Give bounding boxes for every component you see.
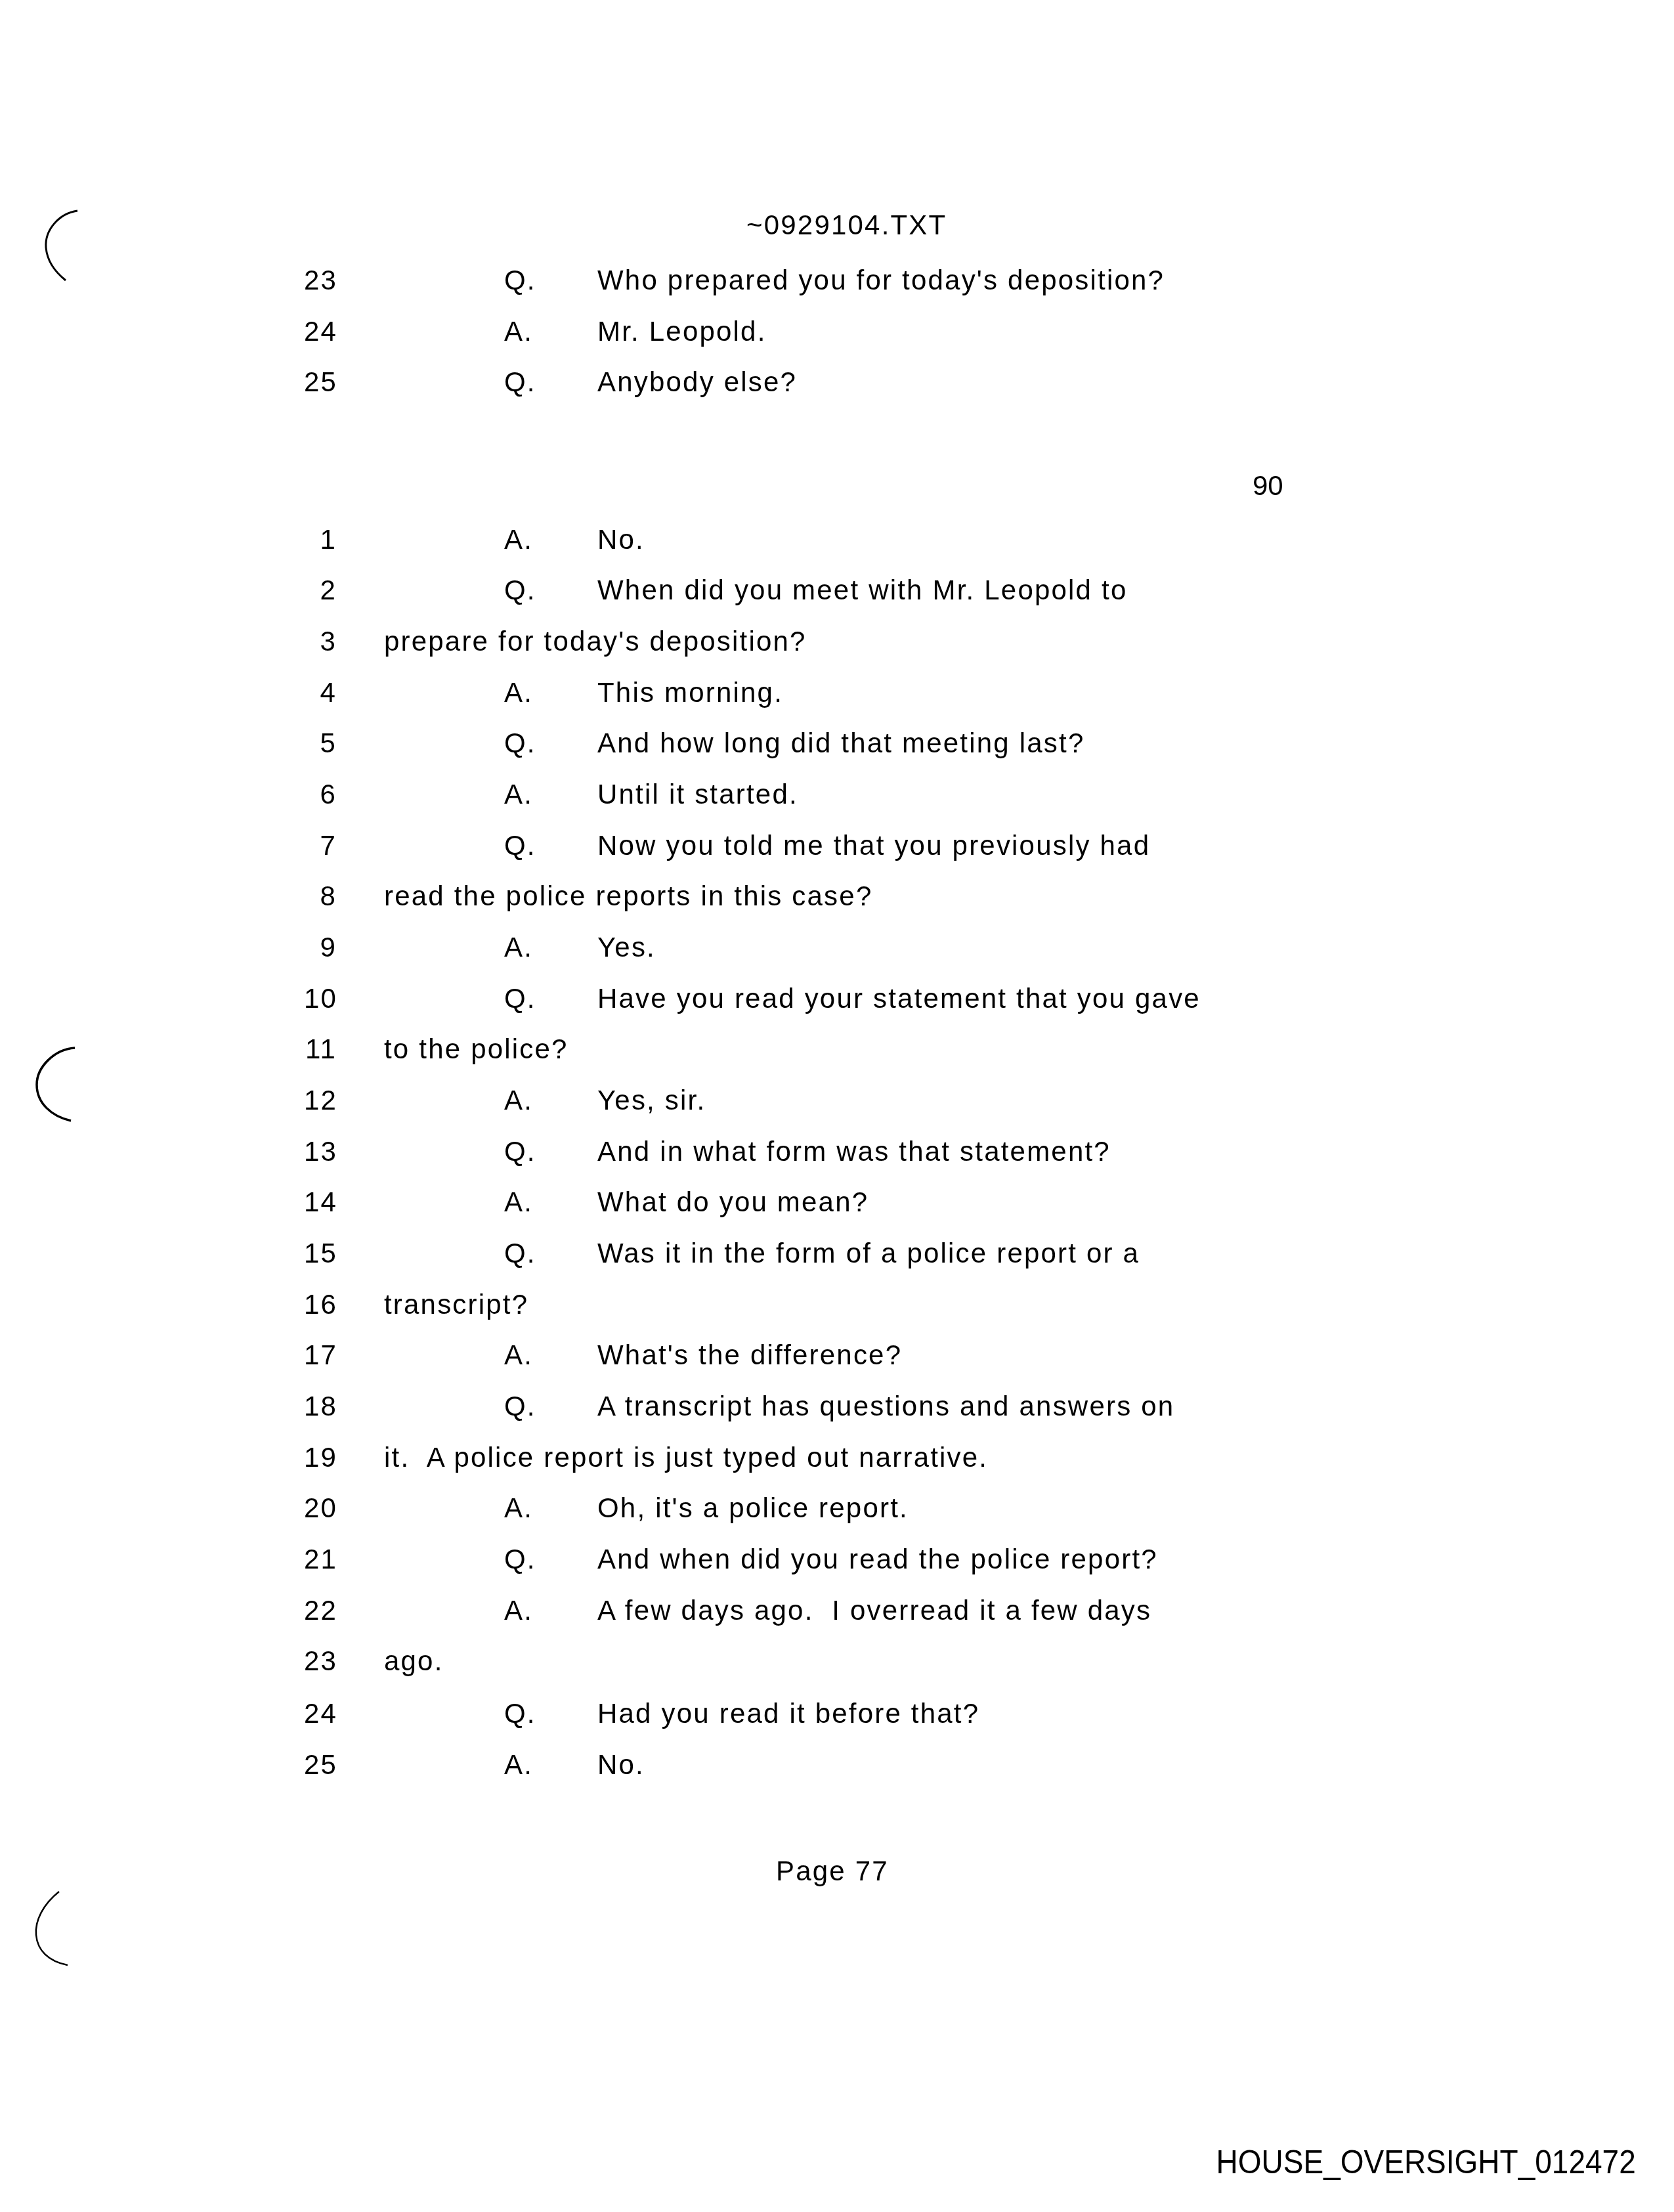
punch-hole-arc-icon bbox=[32, 1888, 77, 1970]
line-text: A transcript has questions and answers o… bbox=[597, 1393, 1174, 1420]
line-text: What's the difference? bbox=[597, 1341, 902, 1369]
line-number: 17 bbox=[304, 1341, 337, 1369]
line-text: Have you read your statement that you ga… bbox=[597, 985, 1201, 1012]
transcript-line: 6 A. Until it started. bbox=[0, 781, 1674, 813]
line-number: 9 bbox=[304, 934, 337, 961]
line-text: Who prepared you for today's deposition? bbox=[597, 267, 1165, 294]
line-text: transcript? bbox=[384, 1291, 528, 1318]
line-text: Mr. Leopold. bbox=[597, 318, 767, 345]
transcript-line: 11 to the police? bbox=[0, 1035, 1674, 1068]
transcript-line: 14 A. What do you mean? bbox=[0, 1188, 1674, 1221]
line-number: 18 bbox=[304, 1393, 337, 1420]
line-number: 20 bbox=[304, 1494, 337, 1522]
speaker-label: Q. bbox=[504, 1138, 536, 1165]
transcript-line: 22 A. A few days ago. I overread it a fe… bbox=[0, 1597, 1674, 1630]
line-number: 24 bbox=[304, 318, 337, 345]
line-text: Oh, it's a police report. bbox=[597, 1494, 909, 1522]
speaker-label: Q. bbox=[504, 985, 536, 1012]
footer-page-label: Page 77 bbox=[776, 1857, 889, 1885]
line-number: 16 bbox=[304, 1291, 337, 1318]
document-page: ~0929104.TXT 23 Q. Who prepared you for … bbox=[0, 0, 1674, 2212]
transcript-line: 20 A. Oh, it's a police report. bbox=[0, 1494, 1674, 1527]
line-text: Until it started. bbox=[597, 781, 798, 808]
line-number: 23 bbox=[304, 267, 337, 294]
line-number: 10 bbox=[304, 985, 337, 1012]
speaker-label: Q. bbox=[504, 576, 536, 604]
line-text: Now you told me that you previously had bbox=[597, 832, 1150, 859]
line-text: And when did you read the police report? bbox=[597, 1546, 1158, 1573]
line-text: This morning. bbox=[597, 679, 783, 706]
speaker-label: A. bbox=[504, 781, 533, 808]
transcript-line: 25 A. No. bbox=[0, 1751, 1674, 1784]
speaker-label: Q. bbox=[504, 1393, 536, 1420]
line-text: read the police reports in this case? bbox=[384, 882, 872, 910]
speaker-label: Q. bbox=[504, 729, 536, 757]
transcript-line: 24 Q. Had you read it before that? bbox=[0, 1700, 1674, 1733]
speaker-label: Q. bbox=[504, 368, 536, 396]
line-number: 8 bbox=[304, 882, 337, 910]
document-header-filename: ~0929104.TXT bbox=[746, 211, 947, 239]
line-number: 3 bbox=[304, 628, 337, 655]
transcript-line: 4 A. This morning. bbox=[0, 679, 1674, 712]
speaker-label: A. bbox=[504, 679, 533, 706]
line-text: No. bbox=[597, 526, 645, 553]
transcript-line: 3 prepare for today's deposition? bbox=[0, 628, 1674, 661]
speaker-label: Q. bbox=[504, 1700, 536, 1727]
line-text: Yes, sir. bbox=[597, 1087, 706, 1114]
line-number: 22 bbox=[304, 1597, 337, 1624]
line-number: 12 bbox=[304, 1087, 337, 1114]
line-text: ago. bbox=[384, 1647, 444, 1675]
line-text: prepare for today's deposition? bbox=[384, 628, 807, 655]
speaker-label: A. bbox=[504, 934, 533, 961]
bates-number: HOUSE_OVERSIGHT_012472 bbox=[1216, 2146, 1636, 2179]
line-number: 25 bbox=[304, 368, 337, 396]
line-number: 13 bbox=[304, 1138, 337, 1165]
transcript-line: 1 A. No. bbox=[0, 526, 1674, 559]
line-number: 21 bbox=[304, 1546, 337, 1573]
line-number: 25 bbox=[304, 1751, 337, 1779]
line-text: And how long did that meeting last? bbox=[597, 729, 1084, 757]
transcript-line: 16 transcript? bbox=[0, 1291, 1674, 1324]
line-number: 15 bbox=[304, 1240, 337, 1267]
transcript-line: 23 Q. Who prepared you for today's depos… bbox=[0, 267, 1674, 299]
line-number: 6 bbox=[304, 781, 337, 808]
transcript-line: 19 it. A police report is just typed out… bbox=[0, 1444, 1674, 1477]
transcript-line: 24 A. Mr. Leopold. bbox=[0, 318, 1674, 351]
transcript-line: 13 Q. And in what form was that statemen… bbox=[0, 1138, 1674, 1171]
speaker-label: Q. bbox=[504, 832, 536, 859]
line-text: to the police? bbox=[384, 1035, 569, 1063]
transcript-line: 7 Q. Now you told me that you previously… bbox=[0, 832, 1674, 865]
speaker-label: A. bbox=[504, 1188, 533, 1216]
line-text: Yes. bbox=[597, 934, 656, 961]
transcript-line: 12 A. Yes, sir. bbox=[0, 1087, 1674, 1119]
line-text: Had you read it before that? bbox=[597, 1700, 979, 1727]
line-number: 23 bbox=[304, 1647, 337, 1675]
line-text: No. bbox=[597, 1751, 645, 1779]
line-text: When did you meet with Mr. Leopold to bbox=[597, 576, 1127, 604]
transcript-line: 25 Q. Anybody else? bbox=[0, 368, 1674, 401]
line-number: 7 bbox=[304, 832, 337, 859]
line-number: 5 bbox=[304, 729, 337, 757]
speaker-label: Q. bbox=[504, 1240, 536, 1267]
line-text: What do you mean? bbox=[597, 1188, 869, 1216]
line-text: Anybody else? bbox=[597, 368, 797, 396]
line-text: Was it in the form of a police report or… bbox=[597, 1240, 1140, 1267]
transcript-line: 15 Q. Was it in the form of a police rep… bbox=[0, 1240, 1674, 1272]
line-number: 2 bbox=[304, 576, 337, 604]
line-number: 14 bbox=[304, 1188, 337, 1216]
speaker-label: A. bbox=[504, 1494, 533, 1522]
speaker-label: A. bbox=[504, 1341, 533, 1369]
transcript-line: 9 A. Yes. bbox=[0, 934, 1674, 966]
speaker-label: A. bbox=[504, 526, 533, 553]
speaker-label: A. bbox=[504, 1751, 533, 1779]
line-number: 4 bbox=[304, 679, 337, 706]
line-text: A few days ago. I overread it a few days bbox=[597, 1597, 1151, 1624]
line-number: 11 bbox=[304, 1035, 337, 1063]
line-number: 1 bbox=[304, 526, 337, 553]
speaker-label: A. bbox=[504, 318, 533, 345]
line-number: 24 bbox=[304, 1700, 337, 1727]
transcript-line: 10 Q. Have you read your statement that … bbox=[0, 985, 1674, 1018]
transcript-line: 5 Q. And how long did that meeting last? bbox=[0, 729, 1674, 762]
line-text: And in what form was that statement? bbox=[597, 1138, 1111, 1165]
transcript-line: 23 ago. bbox=[0, 1647, 1674, 1680]
speaker-label: Q. bbox=[504, 267, 536, 294]
speaker-label: A. bbox=[504, 1087, 533, 1114]
transcript-line: 2 Q. When did you meet with Mr. Leopold … bbox=[0, 576, 1674, 609]
transcript-page-number: 90 bbox=[1253, 472, 1283, 500]
line-number: 19 bbox=[304, 1444, 337, 1471]
transcript-line: 8 read the police reports in this case? bbox=[0, 882, 1674, 915]
speaker-label: Q. bbox=[504, 1546, 536, 1573]
transcript-line: 17 A. What's the difference? bbox=[0, 1341, 1674, 1374]
transcript-line: 18 Q. A transcript has questions and ans… bbox=[0, 1393, 1674, 1425]
transcript-line: 21 Q. And when did you read the police r… bbox=[0, 1546, 1674, 1578]
line-text: it. A police report is just typed out na… bbox=[384, 1444, 988, 1471]
speaker-label: A. bbox=[504, 1597, 533, 1624]
